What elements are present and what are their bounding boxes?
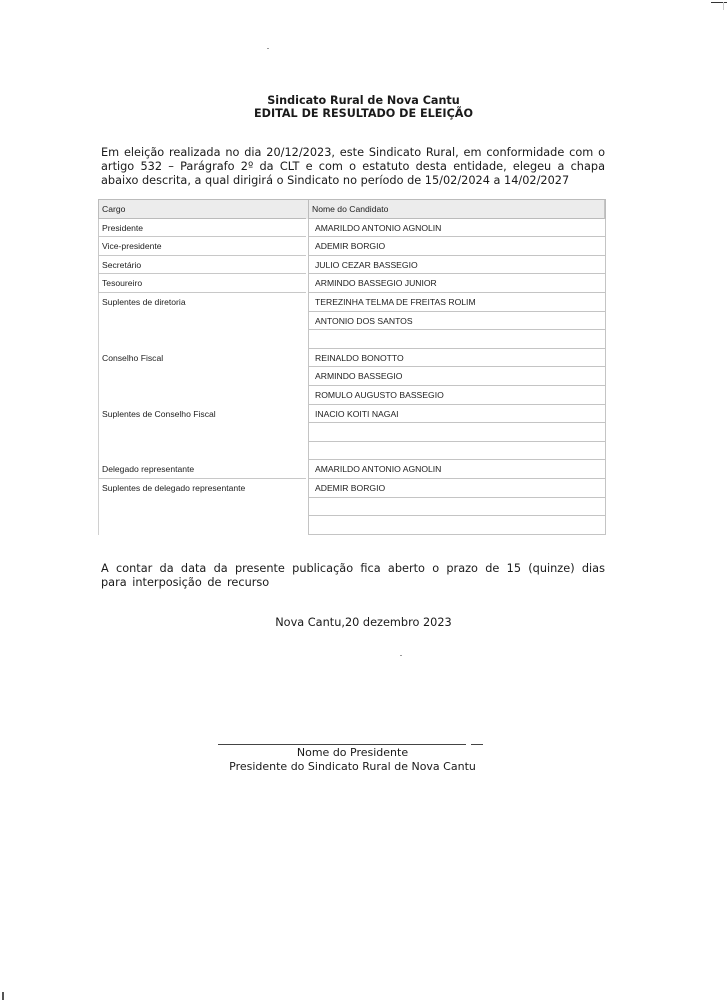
table-row: Suplentes de delegado representanteADEMI…: [98, 479, 606, 498]
signature-line-end: [471, 744, 483, 745]
table-row: Suplentes de diretoriaTEREZINHA TELMA DE…: [98, 293, 606, 312]
table-row: ROMULO AUGUSTO BASSEGIO: [98, 386, 606, 405]
table-header-row: Cargo Nome do Candidato: [98, 199, 606, 219]
scan-speck: [267, 48, 269, 49]
table-row: Delegado representanteAMARILDO ANTONIO A…: [98, 460, 606, 479]
table-row: [98, 442, 606, 461]
cargo-cell: [98, 330, 306, 349]
cargo-cell: Delegado representante: [98, 460, 306, 479]
column-header-cargo: Cargo: [98, 200, 306, 219]
scan-speck: [400, 655, 402, 656]
cargo-cell: [98, 516, 306, 535]
intro-paragraph: Em eleição realizada no dia 20/12/2023, …: [101, 146, 605, 188]
cargo-cell: [98, 386, 306, 405]
candidate-name-cell: TEREZINHA TELMA DE FREITAS ROLIM: [308, 293, 606, 312]
cargo-cell: Secretário: [98, 256, 306, 275]
cargo-cell: Presidente: [98, 219, 306, 238]
table-row: PresidenteAMARILDO ANTONIO AGNOLIN: [98, 219, 606, 238]
candidate-name-cell: [308, 442, 606, 461]
candidate-name-cell: ADEMIR BORGIO: [308, 479, 606, 498]
candidate-name-cell: [308, 516, 606, 535]
table-row: ANTONIO DOS SANTOS: [98, 312, 606, 331]
candidate-name-cell: INACIO KOITI NAGAI: [308, 405, 606, 424]
candidate-name-cell: [308, 423, 606, 442]
candidate-name-cell: REINALDO BONOTTO: [308, 349, 606, 368]
cargo-cell: Suplentes de diretoria: [98, 293, 306, 312]
document-header: Sindicato Rural de Nova Cantu EDITAL DE …: [0, 94, 727, 120]
table-row: SecretárioJULIO CEZAR BASSEGIO: [98, 256, 606, 275]
cargo-cell: [98, 442, 306, 461]
candidate-name-cell: AMARILDO ANTONIO AGNOLIN: [308, 460, 606, 479]
scan-mark: [723, 2, 724, 10]
table-row: ARMINDO BASSEGIO: [98, 367, 606, 386]
cargo-cell: [98, 312, 306, 331]
appeal-notice: A contar da data da presente publicação …: [101, 562, 605, 590]
table-body: PresidenteAMARILDO ANTONIO AGNOLINVice-p…: [98, 219, 606, 535]
candidate-name-cell: [308, 330, 606, 349]
table-row: Suplentes de Conselho FiscalINACIO KOITI…: [98, 405, 606, 424]
candidate-name-cell: AMARILDO ANTONIO AGNOLIN: [308, 219, 606, 238]
table-row: [98, 516, 606, 535]
cargo-cell: Tesoureiro: [98, 274, 306, 293]
scan-mark: [711, 2, 727, 3]
candidate-name-cell: ADEMIR BORGIO: [308, 237, 606, 256]
cargo-cell: [98, 498, 306, 517]
document-title: EDITAL DE RESULTADO DE ELEIÇÃO: [0, 107, 727, 120]
scan-mark: [2, 992, 4, 1000]
table-row: TesoureiroARMINDO BASSEGIO JUNIOR: [98, 274, 606, 293]
candidate-name-cell: [308, 498, 606, 517]
cargo-cell: Vice-presidente: [98, 237, 306, 256]
candidate-name-cell: ARMINDO BASSEGIO: [308, 367, 606, 386]
table-row: Vice-presidenteADEMIR BORGIO: [98, 237, 606, 256]
candidates-table: Cargo Nome do Candidato PresidenteAMARIL…: [98, 199, 606, 535]
organization-name: Sindicato Rural de Nova Cantu: [0, 94, 727, 107]
candidate-name-cell: ROMULO AUGUSTO BASSEGIO: [308, 386, 606, 405]
candidate-name-cell: JULIO CEZAR BASSEGIO: [308, 256, 606, 275]
cargo-cell: [98, 423, 306, 442]
signature-title: Presidente do Sindicato Rural de Nova Ca…: [0, 760, 705, 773]
cargo-cell: Conselho Fiscal: [98, 349, 306, 368]
cargo-cell: Suplentes de delegado representante: [98, 479, 306, 498]
signature-line: [218, 744, 466, 745]
table-row: [98, 423, 606, 442]
candidate-name-cell: ARMINDO BASSEGIO JUNIOR: [308, 274, 606, 293]
place-and-date: Nova Cantu,20 dezembro 2023: [0, 616, 727, 629]
table-row: [98, 498, 606, 517]
cargo-cell: [98, 367, 306, 386]
cargo-cell: Suplentes de Conselho Fiscal: [98, 405, 306, 424]
signature-name: Nome do Presidente: [0, 746, 705, 759]
candidate-name-cell: ANTONIO DOS SANTOS: [308, 312, 606, 331]
table-row: [98, 330, 606, 349]
column-header-nome: Nome do Candidato: [308, 200, 605, 219]
table-row: Conselho FiscalREINALDO BONOTTO: [98, 349, 606, 368]
